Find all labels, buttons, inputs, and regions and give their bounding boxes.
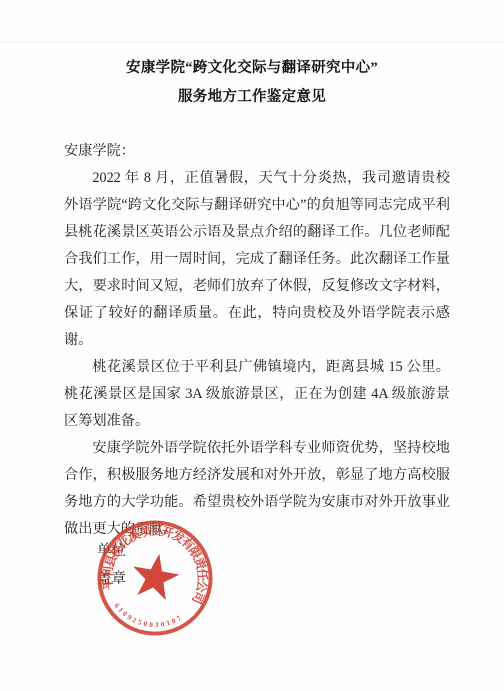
scan-artifact-line [0, 42, 504, 43]
document-title-line2: 服务地方工作鉴定意见 [0, 85, 504, 106]
salutation: 安康学院： [64, 138, 450, 165]
paragraph-2: 桃花溪景区位于平利县广佛镇境内，距离县城 15 公里。桃花溪景区是国家 3A 级… [64, 354, 450, 435]
document-title-line1: 安康学院“跨文化交际与翻译研究中心” [0, 56, 504, 77]
official-seal: 平利县桃花溪项目开发有限责任公司 6109250030107 [87, 510, 224, 647]
star-icon [129, 550, 183, 602]
scanned-document-page: 安康学院“跨文化交际与翻译研究中心” 服务地方工作鉴定意见 安康学院： 2022… [0, 0, 504, 691]
paragraph-1: 2022 年 8 月，正值暑假，天气十分炎热，我司邀请贵校外语学院“跨文化交际与… [64, 165, 450, 354]
document-body: 安康学院： 2022 年 8 月，正值暑假，天气十分炎热，我司邀请贵校外语学院“… [64, 138, 450, 543]
